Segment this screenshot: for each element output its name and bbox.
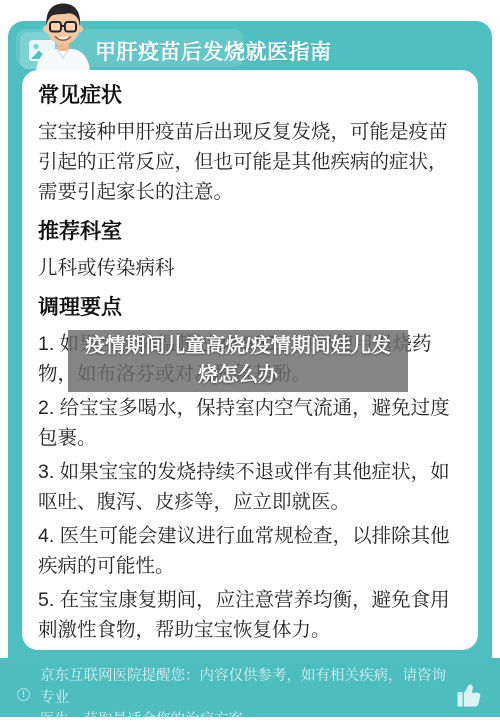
section-heading-department: 推荐科室	[38, 220, 462, 244]
section-heading-symptoms: 常见症状	[38, 84, 462, 108]
section-heading-care-points: 调理要点	[38, 296, 462, 320]
care-point-5: 5. 在宝宝康复期间，应注意营养均衡，避免食用 刺激性食物，帮助宝宝恢复体力。	[38, 585, 462, 645]
care-point-3: 3. 如果宝宝的发烧持续不退或伴有其他症状，如 呕吐、腹泻、皮疹等，应立即就医。	[38, 457, 462, 517]
page-title: 甲肝疫苗后发烧就医指南	[95, 36, 332, 66]
thumbs-up-icon[interactable]	[455, 680, 485, 713]
doctor-avatar	[24, 1, 102, 77]
department-text: 儿科或传染病科	[38, 253, 462, 283]
info-icon: !	[17, 688, 30, 701]
care-point-4: 4. 医生可能会建议进行血常规检查，以排除其他 疾病的可能性。	[38, 521, 462, 581]
health-guide-page: 甲肝疫苗后发烧就医指南 常见症状 宝宝接种甲肝疫苗后出现反复发烧，可能是疫苗 引…	[0, 0, 500, 728]
disclaimer-text: 京东互联网医院提醒您：内容仅供参考，如有相关疾病，请咨询专业 医生，获取最适合您…	[40, 665, 460, 728]
symptoms-text: 宝宝接种甲肝疫苗后出现反复发烧，可能是疫苗 引起的正常反应，但也可能是其他疾病的…	[38, 117, 462, 207]
overlay-title: 疫情期间儿童高烧/疫情期间娃儿发 烧怎么办	[68, 330, 408, 392]
care-point-2: 2. 给宝宝多喝水，保持室内空气流通，避免过度 包裹。	[38, 393, 462, 453]
footer-bar: ! 京东互联网医院提醒您：内容仅供参考，如有相关疾病，请咨询专业 医生，获取最适…	[0, 658, 500, 717]
